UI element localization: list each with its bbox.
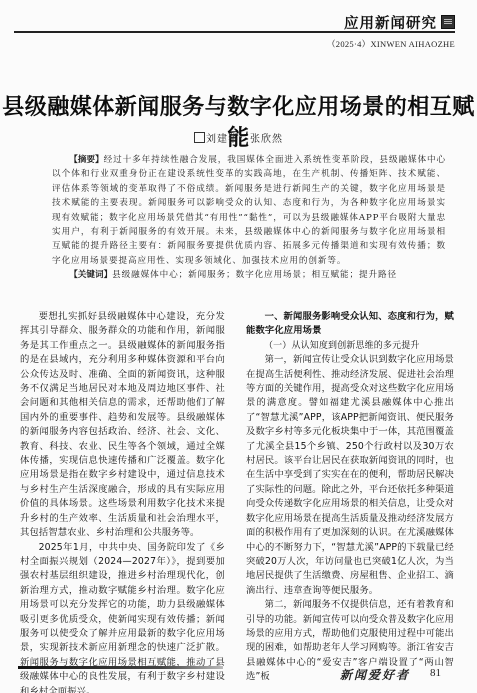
box-icon xyxy=(194,132,205,143)
abstract: 【摘要】经过十多年持续性融合发展，我国媒体全面进入系统性变革阶段，县级融媒体中心… xyxy=(52,153,446,283)
issue-line: （2025·4）XINWEN AIHAOZHE xyxy=(327,38,455,50)
abstract-text: 经过十多年持续性融合发展，我国媒体全面进入系统性变革阶段，县级融媒体中心以个体和… xyxy=(52,155,446,266)
running-header: 应用新闻研究 （2025·4）XINWEN AIHAOZHE xyxy=(0,0,477,50)
header-rule xyxy=(14,31,455,33)
body-paragraph: 要想扎实抓好县级融媒体中心建设，充分发挥其引导群众、服务群众的功能和作用，新闻服… xyxy=(20,310,225,541)
author-names: 刘建华 张欣然 xyxy=(206,134,283,145)
square-mark-icon xyxy=(441,15,455,29)
keywords-text: 县级融媒体中心；新闻服务；数字化应用场景；相互赋能；提升路径 xyxy=(112,270,397,280)
page-number: 81 xyxy=(430,667,441,679)
body-paragraph: 第一，新闻宣传让受众认识到数字化应用场景在提高生活便利性、推动经济发展、促进社会… xyxy=(246,353,454,598)
abstract-paragraph: 【摘要】经过十多年持续性融合发展，我国媒体全面进入系统性变革阶段，县级融媒体中心… xyxy=(52,153,446,268)
sub-heading: （一）从认知度到创新思维的多元提升 xyxy=(246,339,454,353)
journal-name: 新闻爱好者 xyxy=(340,666,410,683)
abstract-label: 【摘要】 xyxy=(69,155,103,165)
keywords-paragraph: 【关键词】县级融媒体中心；新闻服务；数字化应用场景；相互赋能；提升路径 xyxy=(52,268,446,282)
footer-rule xyxy=(18,666,223,669)
left-column: 要想扎实抓好县级融媒体中心建设，充分发挥其引导群众、服务群众的功能和作用，新闻服… xyxy=(20,310,225,693)
keywords-label: 【关键词】 xyxy=(69,270,112,280)
authors: 刘建华 张欣然 xyxy=(0,130,477,145)
body-paragraph: 2025年1月，中共中央、国务院印发了《乡村全面振兴规划（2024—2027年）… xyxy=(20,541,225,693)
right-column: 一、新闻服务影响受众认知、态度和行为，赋能数字化应用场景 （一）从认知度到创新思… xyxy=(246,310,454,685)
section-heading: 一、新闻服务影响受众认知、态度和行为，赋能数字化应用场景 xyxy=(246,310,454,339)
section-name: 应用新闻研究 xyxy=(344,12,437,33)
